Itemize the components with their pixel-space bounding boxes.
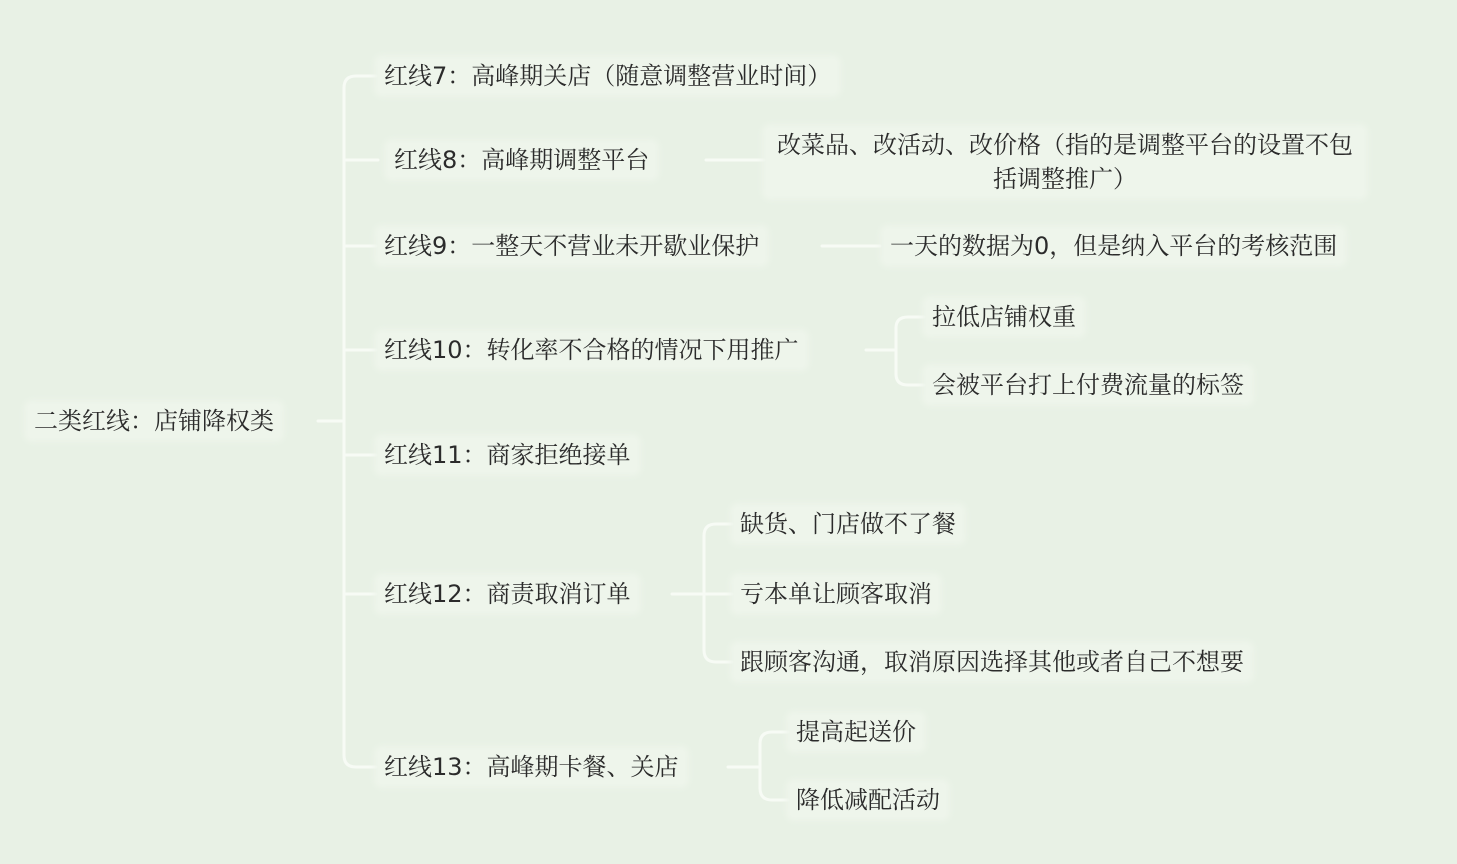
root-node-label: 二类红线：店铺降权类 [34,407,274,435]
branch-label: 红线12：商责取消订单 [384,580,631,608]
child-label: 跟顾客沟通，取消原因选择其他或者自己不想要 [740,648,1244,676]
branch-node-redline-10[interactable]: 红线10：转化率不合格的情况下用推广 [378,333,805,367]
branch-label: 红线10：转化率不合格的情况下用推广 [384,336,799,364]
child-node-redline-12-loss-order[interactable]: 亏本单让顾客取消 [734,577,938,611]
branch-node-redline-8[interactable]: 红线8：高峰期调整平台 [388,143,655,177]
child-node-redline-10-lower-weight[interactable]: 拉低店铺权重 [926,300,1082,334]
branch-label: 红线11：商家拒绝接单 [384,441,631,469]
child-label: 缺货、门店做不了餐 [740,510,956,538]
branch-node-redline-13[interactable]: 红线13：高峰期卡餐、关店 [378,750,685,784]
child-node-redline-13-raise-min-price[interactable]: 提高起送价 [790,715,922,749]
child-node-redline-13-reduce-discount[interactable]: 降低减配活动 [790,783,946,817]
child-node-redline-10-paid-traffic-tag[interactable]: 会被平台打上付费流量的标签 [926,368,1250,402]
child-label: 降低减配活动 [796,786,940,814]
branch-label: 红线8：高峰期调整平台 [394,146,649,174]
child-label: 改菜品、改活动、改价格（指的是调整平台的设置不包括调整推广） [777,131,1353,193]
branch-label: 红线13：高峰期卡餐、关店 [384,753,679,781]
mind-map-canvas: 二类红线：店铺降权类 红线7：高峰期关店（随意调整营业时间） 红线8：高峰期调整… [0,0,1457,864]
branch-node-redline-11[interactable]: 红线11：商家拒绝接单 [378,438,637,472]
branch-label: 红线7：高峰期关店（随意调整营业时间） [384,62,831,90]
branch-label: 红线9：一整天不营业未开歇业保护 [384,232,759,260]
branch-node-redline-12[interactable]: 红线12：商责取消订单 [378,577,637,611]
child-label: 拉低店铺权重 [932,303,1076,331]
child-node-redline-8-settings[interactable]: 改菜品、改活动、改价格（指的是调整平台的设置不包括调整推广） [766,128,1364,196]
branch-node-redline-7[interactable]: 红线7：高峰期关店（随意调整营业时间） [378,59,837,93]
child-node-redline-9-data-zero[interactable]: 一天的数据为0，但是纳入平台的考核范围 [884,229,1343,263]
child-label: 提高起送价 [796,718,916,746]
branch-node-redline-9[interactable]: 红线9：一整天不营业未开歇业保护 [378,229,765,263]
child-label: 亏本单让顾客取消 [740,580,932,608]
child-node-redline-12-out-of-stock[interactable]: 缺货、门店做不了餐 [734,507,962,541]
root-node[interactable]: 二类红线：店铺降权类 [28,404,280,438]
child-label: 一天的数据为0，但是纳入平台的考核范围 [890,232,1337,260]
child-label: 会被平台打上付费流量的标签 [932,371,1244,399]
child-node-redline-12-communicate[interactable]: 跟顾客沟通，取消原因选择其他或者自己不想要 [734,645,1250,679]
